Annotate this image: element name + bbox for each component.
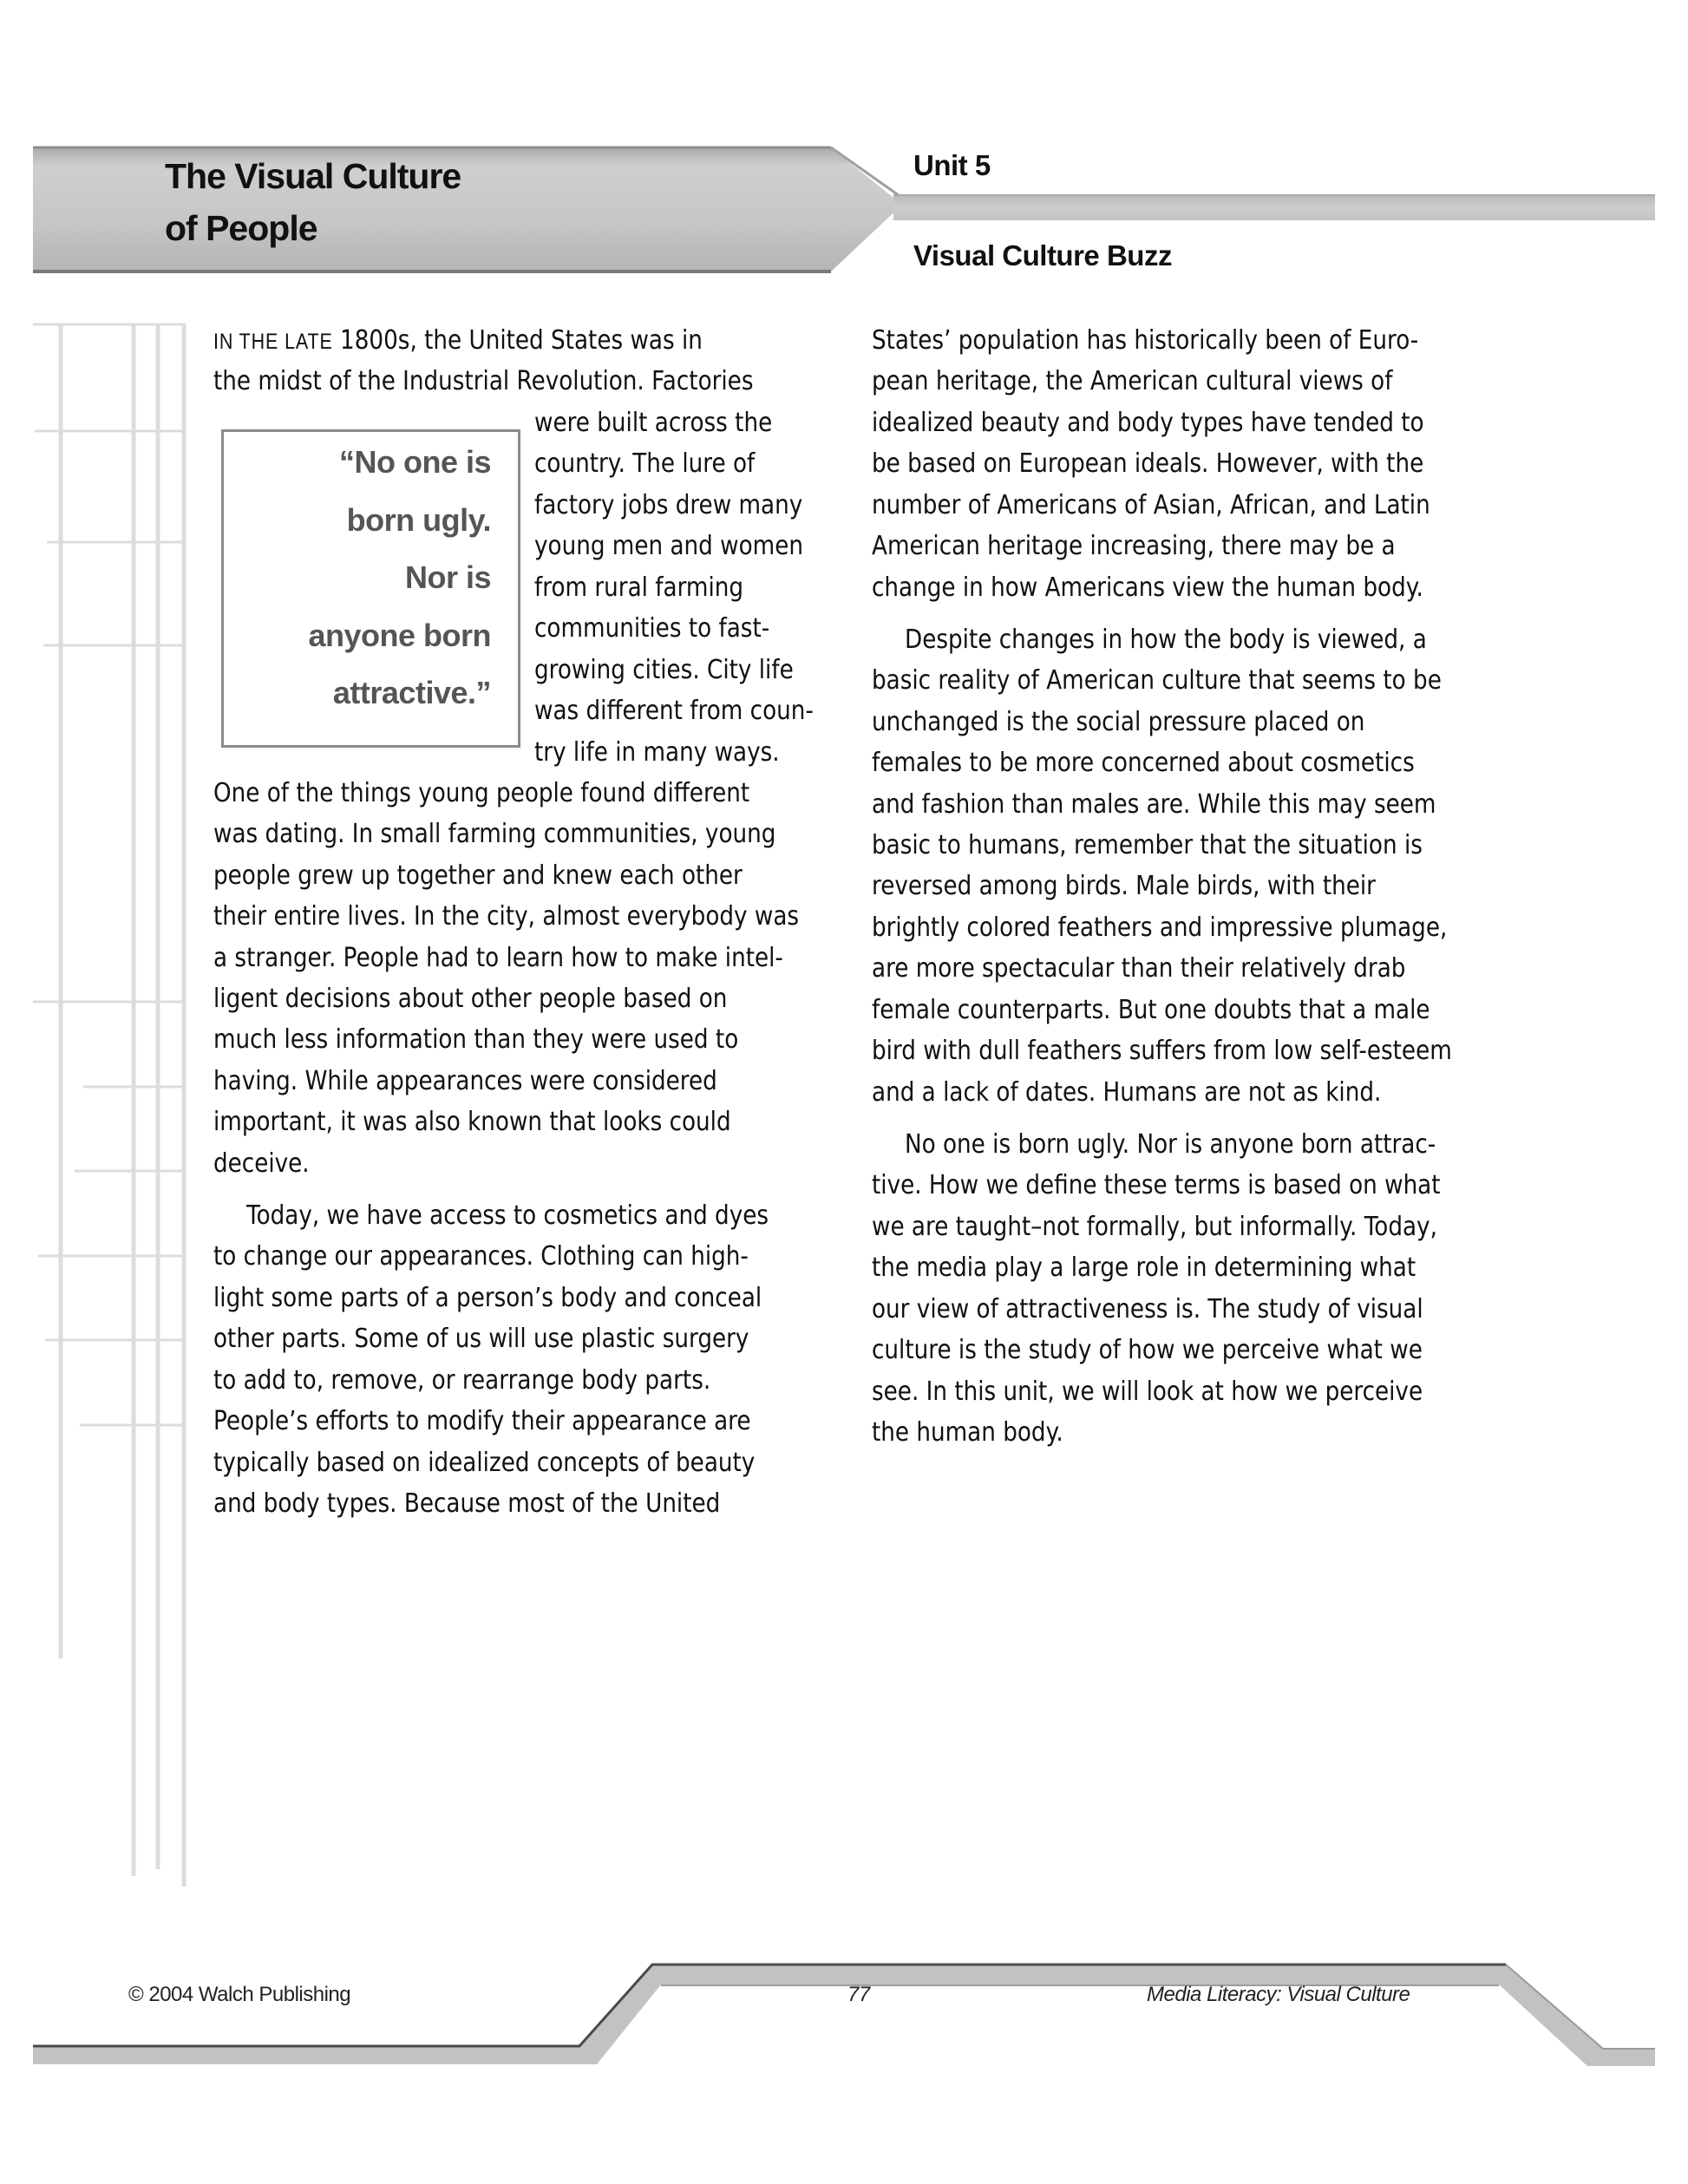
body-line: young men and women [534, 531, 803, 562]
body-line: Despite changes in how the body is viewe… [905, 624, 1427, 656]
left-grid-decoration [33, 324, 186, 1886]
body-line: tive. How we define these terms is based… [872, 1170, 1441, 1201]
body-line: and a lack of dates. Humans are not as k… [872, 1077, 1381, 1108]
body-line: a stranger. People had to learn how to m… [213, 943, 783, 974]
unit-label: Unit 5 [913, 149, 991, 182]
body-line: communities to fast- [534, 613, 769, 644]
body-line: One of the things young people found dif… [213, 778, 749, 809]
body-line: brightly colored feathers and impressive… [872, 912, 1447, 944]
body-line: pean heritage, the American cultural vie… [872, 366, 1392, 397]
body-line: change in how Americans view the human b… [872, 572, 1423, 604]
body-line: factory jobs drew many [534, 490, 802, 521]
body-line: the human body. [872, 1417, 1063, 1448]
page-number: 77 [847, 1983, 870, 2007]
body-line: and fashion than males are. While this m… [872, 789, 1436, 821]
body-line: basic reality of American culture that s… [872, 665, 1442, 696]
body-line: culture is the study of how we perceive … [872, 1335, 1423, 1366]
body-line: IN THE LATE 1800s, the United States was… [213, 325, 703, 357]
footer-band-shape [33, 1964, 1655, 2066]
body-line: the media play a large role in determini… [872, 1252, 1416, 1284]
body-line: to add to, remove, or rearrange body par… [213, 1365, 710, 1396]
body-line: growing cities. City life [534, 655, 794, 686]
body-line: ligent decisions about other people base… [213, 984, 727, 1015]
copyright-notice: © 2004 Walch Publishing [128, 1983, 350, 2007]
body-line: having. While appearances were considere… [213, 1066, 717, 1097]
pull-quote-line: “No one is [339, 444, 491, 481]
body-line: deceive. [213, 1148, 310, 1180]
body-line: try life in many ways. [534, 737, 780, 768]
body-line: American heritage increasing, there may … [872, 531, 1396, 562]
body-line: see. In this unit, we will look at how w… [872, 1376, 1423, 1408]
section-title: Visual Culture Buzz [913, 239, 1172, 272]
body-line: other parts. Some of us will use plastic… [213, 1324, 749, 1355]
body-line: important, it was also known that looks … [213, 1107, 731, 1138]
book-title: Media Literacy: Visual Culture [1147, 1983, 1410, 2007]
pull-quote-line: Nor is [405, 559, 491, 596]
body-line: bird with dull feathers suffers from low… [872, 1036, 1452, 1067]
body-line: we are taught–not formally, but informal… [872, 1212, 1437, 1243]
body-line: female counterparts. But one doubts that… [872, 995, 1430, 1026]
pull-quote-line: born ugly. [347, 502, 491, 539]
body-line: country. The lure of [534, 448, 755, 480]
body-line: typically based on idealized concepts of… [213, 1448, 755, 1479]
body-line: States’ population has historically been… [872, 325, 1418, 356]
body-line: unchanged is the social pressure placed … [872, 707, 1364, 738]
body-line: to change our appearances. Clothing can … [213, 1241, 749, 1272]
body-line: No one is born ugly. Nor is anyone born … [905, 1129, 1436, 1161]
lead-in-smallcaps: IN THE LATE [213, 330, 333, 354]
body-line: people grew up together and knew each ot… [213, 860, 743, 892]
body-line: Today, we have access to cosmetics and d… [246, 1200, 769, 1232]
chapter-title-line-2: of People [165, 208, 317, 249]
body-line: much less information than they were use… [213, 1024, 738, 1056]
body-line: idealized beauty and body types have ten… [872, 408, 1424, 439]
body-line: number of Americans of Asian, African, a… [872, 490, 1430, 521]
body-line: were built across the [534, 408, 772, 439]
body-line: our view of attractiveness is. The study… [872, 1294, 1423, 1325]
body-line: basic to humans, remember that the situa… [872, 830, 1423, 861]
body-line: reversed among birds. Male birds, with t… [872, 871, 1376, 902]
body-line: females to be more concerned about cosme… [872, 748, 1415, 779]
body-line: the midst of the Industrial Revolution. … [213, 366, 753, 397]
body-line: People’s efforts to modify their appeara… [213, 1406, 750, 1437]
body-line: be based on European ideals. However, wi… [872, 448, 1423, 480]
body-line: from rural farming [534, 572, 743, 604]
body-line: light some parts of a person’s body and … [213, 1283, 762, 1314]
chapter-title-line-1: The Visual Culture [165, 156, 461, 197]
body-line: was dating. In small farming communities… [213, 819, 775, 850]
pull-quote-line: attractive.” [333, 675, 491, 711]
body-line: was different from coun- [534, 696, 814, 727]
body-line: their entire lives. In the city, almost … [213, 901, 799, 932]
body-line: are more spectacular than their relative… [872, 953, 1405, 984]
body-line: and body types. Because most of the Unit… [213, 1488, 720, 1520]
pull-quote-line: anyone born [308, 618, 491, 654]
